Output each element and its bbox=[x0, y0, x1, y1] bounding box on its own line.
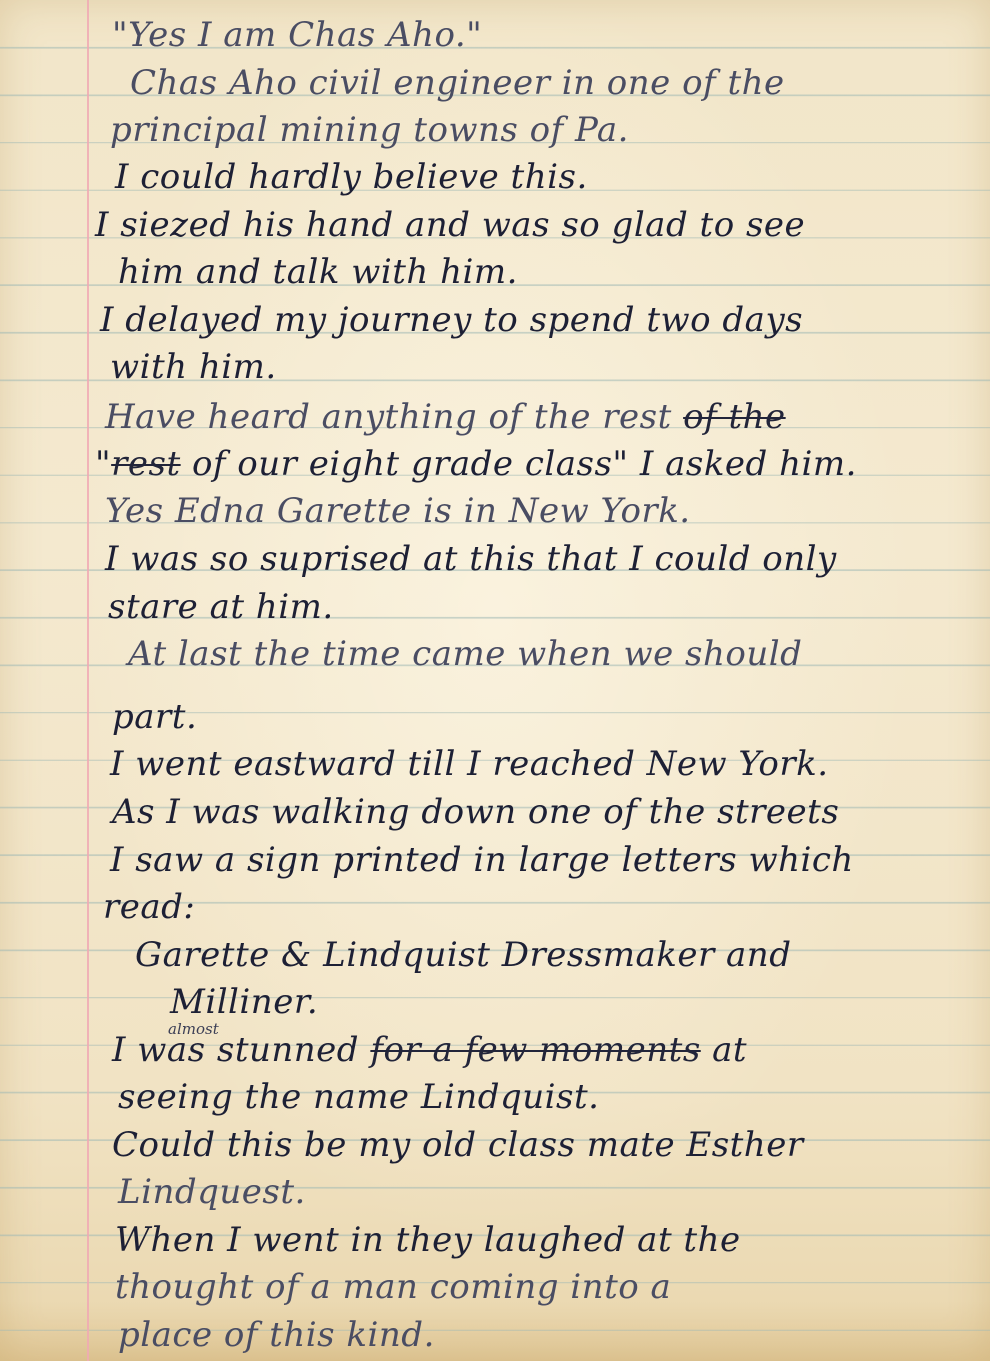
struck-through-text: of the bbox=[683, 397, 786, 437]
handwritten-line: "rest of our eight grade class" I asked … bbox=[95, 447, 857, 481]
handwritten-line: As I was walking down one of the streets bbox=[112, 795, 839, 829]
handwritten-line: I was stunned for a few moments at bbox=[112, 1033, 747, 1067]
scan-background bbox=[990, 0, 1000, 1361]
line-text: of our eight grade class" I asked him. bbox=[181, 444, 857, 484]
handwritten-line: I saw a sign printed in large letters wh… bbox=[110, 843, 854, 877]
line-text: Have heard anything of the rest bbox=[105, 397, 683, 437]
struck-through-text: for a few moments bbox=[370, 1030, 700, 1070]
handwritten-line: I went eastward till I reached New York. bbox=[110, 747, 829, 781]
handwritten-line: stare at him. bbox=[108, 590, 334, 624]
handwritten-line: read: bbox=[103, 890, 195, 924]
line-text: I was bbox=[112, 1030, 217, 1070]
handwritten-line: part. bbox=[112, 700, 197, 734]
handwritten-line: Garette & Lindquist Dressmaker and bbox=[135, 938, 791, 972]
handwritten-line: Chas Aho civil engineer in one of the bbox=[130, 66, 785, 100]
handwritten-line: "Yes I am Chas Aho." bbox=[112, 18, 482, 52]
handwritten-line: Have heard anything of the rest of the bbox=[105, 400, 786, 434]
handwritten-line: seeing the name Lindquist. bbox=[118, 1080, 599, 1114]
line-text: at bbox=[701, 1030, 747, 1070]
handwritten-line: Yes Edna Garette is in New York. bbox=[105, 494, 691, 528]
handwritten-line: Lindquest. bbox=[118, 1175, 306, 1209]
handwritten-line: I could hardly believe this. bbox=[115, 160, 588, 194]
handwritten-line: place of this kind. bbox=[118, 1318, 435, 1352]
handwritten-line: Milliner. bbox=[170, 985, 318, 1019]
handwritten-line: principal mining towns of Pa. bbox=[110, 113, 629, 147]
handwritten-line: At last the time came when we should bbox=[128, 637, 802, 671]
handwritten-line: I delayed my journey to spend two days bbox=[100, 303, 803, 337]
struck-through-text: rest bbox=[111, 444, 181, 484]
handwritten-line: Could this be my old class mate Esther bbox=[112, 1128, 804, 1162]
handwritten-line: I was so suprised at this that I could o… bbox=[105, 542, 837, 576]
handwritten-line: thought of a man coming into a bbox=[115, 1270, 671, 1304]
handwritten-line: with him. bbox=[110, 350, 277, 384]
handwritten-line: him and talk with him. bbox=[118, 255, 518, 289]
handwritten-text: "Yes I am Chas Aho." Chas Aho civil engi… bbox=[0, 0, 990, 1361]
handwritten-line: When I went in they laughed at the bbox=[115, 1223, 741, 1257]
handwritten-line: I siezed his hand and was so glad to see bbox=[95, 208, 805, 242]
line-text: " bbox=[95, 444, 111, 484]
line-text: stunned bbox=[217, 1030, 371, 1070]
